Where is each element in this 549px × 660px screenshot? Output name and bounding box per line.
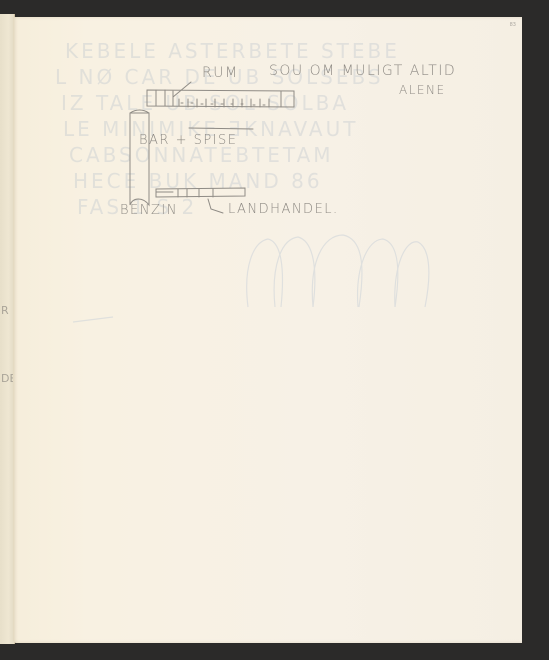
label-landhandel: LANDHANDEL. [228,202,339,217]
left-margin-mark-r: R [1,304,9,317]
note-sou-om-muligt-altid: SOU OM MULIGT ALTID [269,63,456,79]
scanned-document: R DE 83 KEBELE ASTERBETE STEBE L NØ CAR … [0,0,549,660]
floor-plan-sketch [13,17,522,643]
label-bar-spise: BAR + SPISE [139,133,238,148]
sketchbook-page: 83 KEBELE ASTERBETE STEBE L NØ CAR DE UB… [13,17,522,643]
note-rum: RUM [202,65,239,81]
label-benzin: BENZIN [120,203,178,218]
note-alene: ALENE [399,83,446,97]
